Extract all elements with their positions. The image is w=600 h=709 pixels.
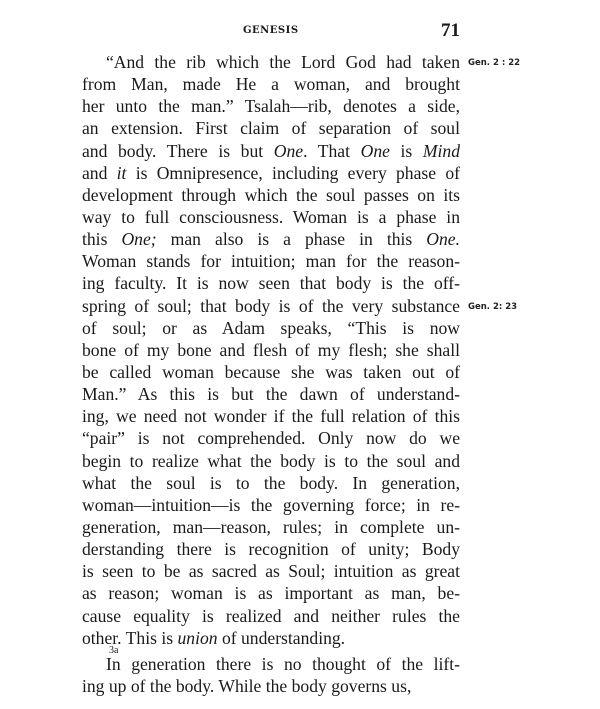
paragraph: “And the rib which the Lord God had take… (82, 51, 460, 649)
text-line: generation, man—reason, rules; in comple… (82, 516, 460, 538)
text-line: begin to realize what the body is to the… (82, 450, 460, 472)
body-text: “And the rib which the Lord God had take… (82, 51, 460, 697)
book-page: GENESIS 71 “And the rib which the Lord G… (0, 0, 600, 709)
italic-emphasis: One (361, 141, 390, 161)
text-line: from Man, made He a woman, and brought (82, 73, 460, 95)
text-line: Man.” As this is but the dawn of underst… (82, 383, 460, 405)
text-line: In generation there is no thought of the… (82, 653, 460, 675)
page-number: 71 (441, 20, 460, 42)
text-line: as reason; woman is as important as man,… (82, 582, 460, 604)
text-line: ing up of the body. While the body gover… (82, 675, 460, 697)
text-line: “And the rib which the Lord God had take… (82, 51, 460, 73)
italic-emphasis: it (117, 163, 127, 183)
italic-emphasis: One; (121, 229, 156, 249)
text-line: woman—intuition—is the governing force; … (82, 494, 460, 516)
italic-emphasis: Mind (423, 141, 460, 161)
italic-emphasis: One (274, 141, 303, 161)
text-line: spring of soul; that body is of the very… (82, 295, 460, 317)
text-line: derstanding there is recognition of unit… (82, 538, 460, 560)
paragraph: In generation there is no thought of the… (82, 653, 460, 697)
text-line: other. This is union of understanding. (82, 627, 460, 649)
text-line: Woman stands for intuition; man for the … (82, 250, 460, 272)
text-line: this One; man also is a phase in this On… (82, 228, 460, 250)
signature-mark: 3a (109, 645, 118, 656)
text-line: of soul; or as Adam speaks, “This is now (82, 317, 460, 339)
italic-emphasis: One. (426, 229, 460, 249)
running-head: GENESIS 71 (82, 20, 460, 42)
text-line: cause equality is realized and neither r… (82, 605, 460, 627)
italic-emphasis: union (177, 628, 217, 648)
text-line: “pair” is not comprehended. Only now do … (82, 427, 460, 449)
text-line: and it is Omnipresence, including every … (82, 162, 460, 184)
text-line: an extension. First claim of separation … (82, 117, 460, 139)
text-line: bone of my bone and flesh of my flesh; s… (82, 339, 460, 361)
text-line: what the soul is to the body. In generat… (82, 472, 460, 494)
text-line: be called woman because she was taken ou… (82, 361, 460, 383)
text-line: development through which the soul passe… (82, 184, 460, 206)
margin-reference: Gen. 2 : 22 (468, 58, 520, 68)
text-line: is seen to be as sacred as Soul; intuiti… (82, 560, 460, 582)
text-line: ing faculty. It is now seen that body is… (82, 272, 460, 294)
margin-reference: Gen. 2: 23 (468, 302, 517, 312)
text-line: her unto the man.” Tsalah—rib, denotes a… (82, 95, 460, 117)
text-line: way to full consciousness. Woman is a ph… (82, 206, 460, 228)
running-title: GENESIS (243, 25, 299, 36)
text-line: ing, we need not wonder if the full rela… (82, 405, 460, 427)
text-line: and body. There is but One. That One is … (82, 140, 460, 162)
